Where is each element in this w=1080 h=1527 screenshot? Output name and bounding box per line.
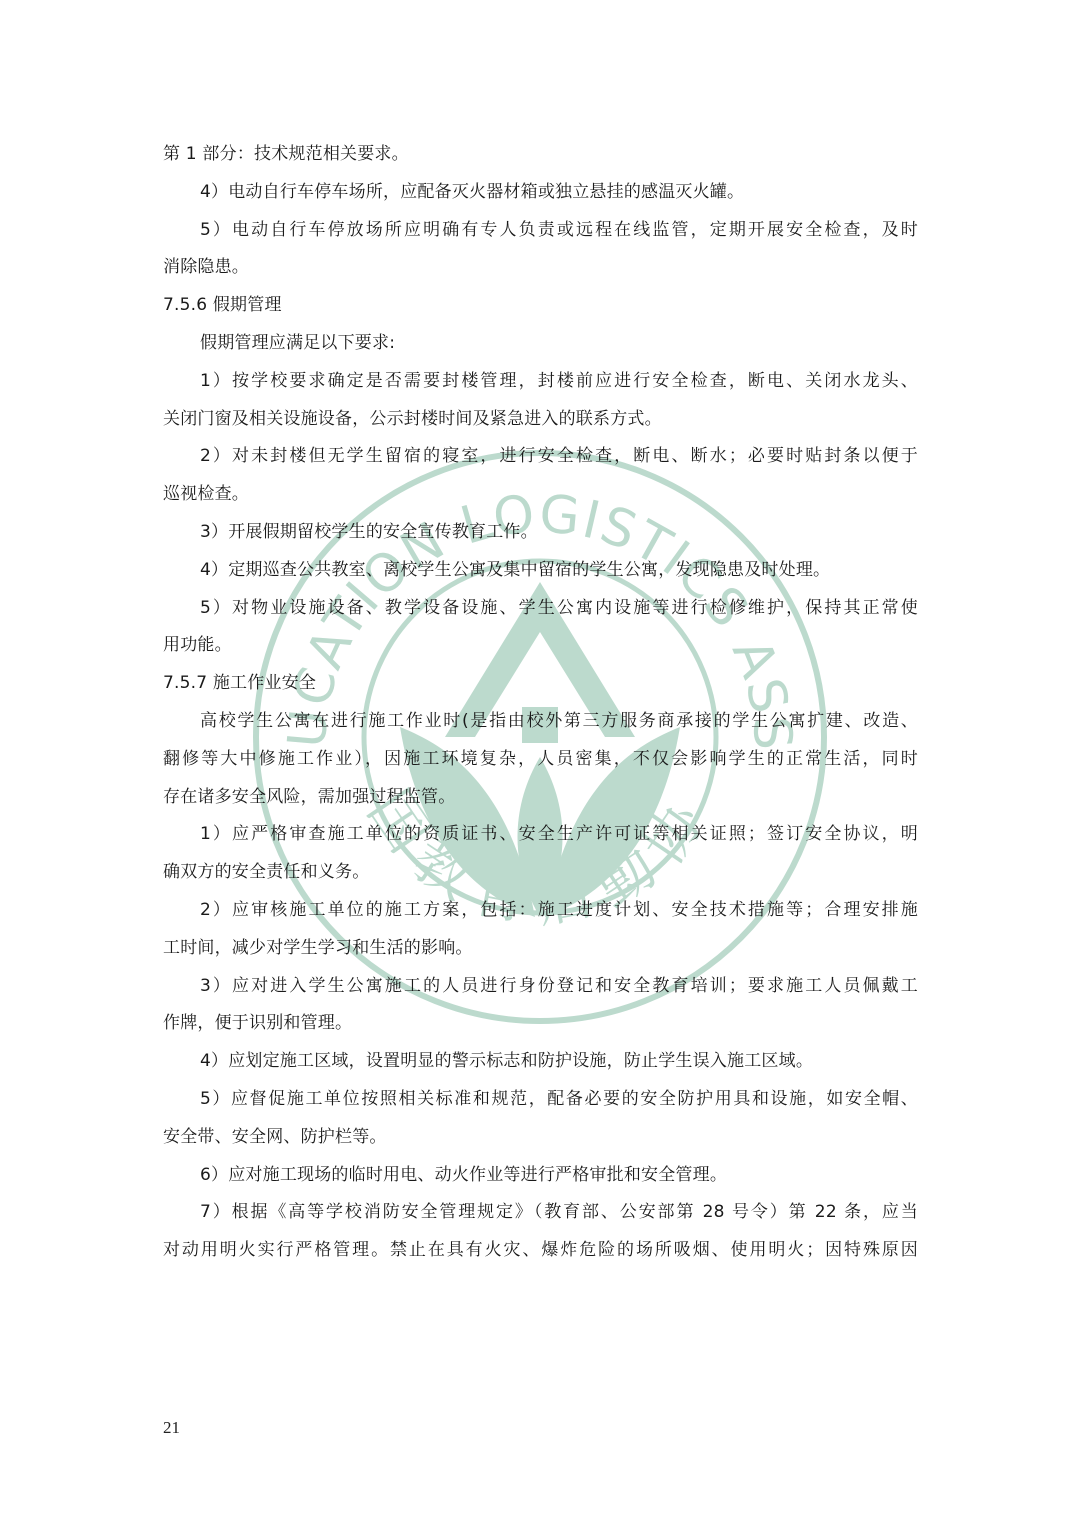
section-heading: 7.5.7 施工作业安全	[163, 665, 918, 703]
section-heading: 7.5.6 假期管理	[163, 287, 918, 325]
text-line: 5）应督促施工单位按照相关标准和规范，配备必要的安全防护用具和设施，如安全帽、	[163, 1081, 918, 1119]
text-line: 巡视检查。	[163, 476, 918, 514]
text-line: 3）应对进入学生公寓施工的人员进行身份登记和安全教育培训；要求施工人员佩戴工	[163, 968, 918, 1006]
text-line: 安全带、安全网、防护栏等。	[163, 1119, 918, 1157]
text-line: 6）应对施工现场的临时用电、动火作业等进行严格审批和安全管理。	[163, 1157, 918, 1195]
text-line: 2）对未封楼但无学生留宿的寝室，进行安全检查，断电、断水；必要时贴封条以便于	[163, 438, 918, 476]
text-line: 消除隐患。	[163, 249, 918, 287]
text-line: 作牌，便于识别和管理。	[163, 1005, 918, 1043]
text-line: 用功能。	[163, 627, 918, 665]
text-line: 5）对物业设施设备、教学设备设施、学生公寓内设施等进行检修维护，保持其正常使	[163, 590, 918, 628]
text-line: 工时间，减少对学生学习和生活的影响。	[163, 930, 918, 968]
text-line: 确双方的安全责任和义务。	[163, 854, 918, 892]
text-line: 高校学生公寓在进行施工作业时(是指由校外第三方服务商承接的学生公寓扩建、改造、	[163, 703, 918, 741]
text-line: 对动用明火实行严格管理。禁止在具有火灾、爆炸危险的场所吸烟、使用明火；因特殊原因	[163, 1232, 918, 1270]
text-line: 第 1 部分：技术规范相关要求。	[163, 136, 918, 174]
document-body: 第 1 部分：技术规范相关要求。4）电动自行车停车场所，应配备灭火器材箱或独立悬…	[163, 136, 918, 1270]
text-line: 假期管理应满足以下要求:	[163, 325, 918, 363]
document-page: CHINA EDUCATION LOGISTICS ASSOCIATION 中国…	[0, 0, 1080, 1527]
text-line: 翻修等大中修施工作业），因施工环境复杂，人员密集，不仅会影响学生的正常生活，同时	[163, 741, 918, 779]
text-line: 4）应划定施工区域，设置明显的警示标志和防护设施，防止学生误入施工区域。	[163, 1043, 918, 1081]
text-line: 4）定期巡查公共教室、离校学生公寓及集中留宿的学生公寓，发现隐患及时处理。	[163, 552, 918, 590]
text-line: 存在诸多安全风险，需加强过程监管。	[163, 779, 918, 817]
text-line: 1）按学校要求确定是否需要封楼管理，封楼前应进行安全检查，断电、关闭水龙头、	[163, 363, 918, 401]
text-line: 3）开展假期留校学生的安全宣传教育工作。	[163, 514, 918, 552]
text-line: 关闭门窗及相关设施设备，公示封楼时间及紧急进入的联系方式。	[163, 401, 918, 439]
text-line: 4）电动自行车停车场所，应配备灭火器材箱或独立悬挂的感温灭火罐。	[163, 174, 918, 212]
text-line: 5）电动自行车停放场所应明确有专人负责或远程在线监管，定期开展安全检查，及时	[163, 212, 918, 250]
text-line: 2）应审核施工单位的施工方案，包括：施工进度计划、安全技术措施等；合理安排施	[163, 892, 918, 930]
text-line: 7）根据《高等学校消防安全管理规定》（教育部、公安部第 28 号令）第 22 条…	[163, 1194, 918, 1232]
text-line: 1）应严格审查施工单位的资质证书、安全生产许可证等相关证照；签订安全协议，明	[163, 816, 918, 854]
page-number: 21	[163, 1418, 180, 1438]
